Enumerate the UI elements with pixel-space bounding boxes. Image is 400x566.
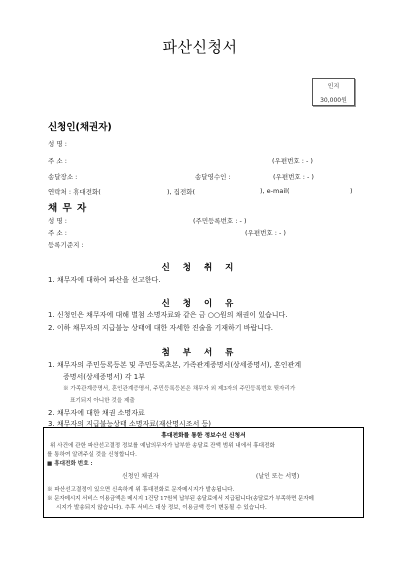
document-title: 파산신청서 [0,36,400,57]
purpose-heading: 신 청 취 지 [0,261,400,273]
sms-bullet-2-line-2: 시지가 발송되지 않습니다). 추후 서비스 대상 정보, 이용금액 등이 변동… [56,503,267,511]
mobile-number-label: ■ 휴대전화 번호 : [47,459,93,467]
delivery-postal: (우편번호 : - ) [273,172,314,181]
applicant-name-label: 성 명 : [48,139,67,148]
sms-notice-text-line-1: 위 사건에 관한 파산선고결정 정보를 예납의무자가 납부한 송달료 잔액 범위… [50,441,275,449]
debtor-resident-number: (주민등록번호 : - ) [193,216,246,225]
contact-home-label: ), 집전화( [167,187,195,196]
seal-label: (날인 또는 서명) [256,471,299,480]
attachment-item-2: 2. 채무자에 대한 채권 소명자료 [48,408,145,418]
purpose-item-1: 1. 채무자에 대하여 파산을 선고한다. [48,275,160,285]
attachment-item-1-line-2: 증명서(상세증명서) 각 1부 [63,372,145,382]
sms-notice-heading: 휴대전화를 통한 정보수신 신청서 [44,430,363,439]
delivery-place-label: 송달장소 : [48,172,77,181]
contact-end: ) [350,187,353,195]
reason-item-1: 1. 신청인은 채무자에 대해 별첨 소명자료와 같은 금 ○○원의 채권이 있… [48,310,287,320]
debtor-name-label: 성 명 : [48,216,67,225]
delivery-recipient-label: 송달영수인 : [195,172,231,181]
applicant-address-label: 주 소 : [48,156,67,165]
contact-email-label: ), e-mail( [260,187,289,195]
debtor-registered-label: 등록기준지 : [48,240,84,249]
sms-bullet-1: ※ 파산선고결정이 있으면 신속하게 위 휴대전화로 문자메시지가 발송됩니다. [47,485,234,493]
debtor-address-label: 주 소 : [48,228,67,237]
attachment-item-1-line-1: 1. 채무자의 주민등록등본 및 주민등록초본, 가족관계증명서(상세증명서),… [48,360,301,370]
sms-notice-box: 휴대전화를 통한 정보수신 신청서 위 사건에 관한 파산선고결정 정보를 예납… [43,427,364,518]
stamp-label: 인지 [313,81,354,90]
applicant-heading: 신청인(채권자) [48,119,112,133]
signer-label: 신청인 채권자 [122,471,159,480]
debtor-heading: 채 무 자 [48,200,86,214]
applicant-address-postal: (우편번호 : - ) [272,156,313,165]
contact-mobile-label: 연락처 : 휴대전화( [48,187,101,196]
debtor-address-postal: (우편번호 : - ) [245,228,286,237]
reason-heading: 신 청 이 유 [0,297,400,309]
attachments-heading: 첨 부 서 류 [0,346,400,358]
sms-notice-text-line-2: 를 통하여 알려주실 것을 신청합니다. [47,450,137,458]
reason-item-2: 2. 이하 채무자의 지급불능 상태에 대한 자세한 진술을 기재하기 바랍니다… [48,323,273,333]
attachment-note-line-2: 표기되지 아니한 것을 제출 [70,396,135,404]
stamp-amount: 30,000원 [313,95,354,104]
stamp-box: 인지 30,000원 [312,78,355,106]
sms-bullet-2-line-1: ※ 문자메시지 서비스 이용금액은 메시지 1건당 17원씩 납부된 송달료에서… [47,494,314,502]
attachment-note-line-1: ※ 가족관계증명서, 혼인관계증명서, 주민등록등본은 채무자 외 제3자의 주… [63,384,295,392]
